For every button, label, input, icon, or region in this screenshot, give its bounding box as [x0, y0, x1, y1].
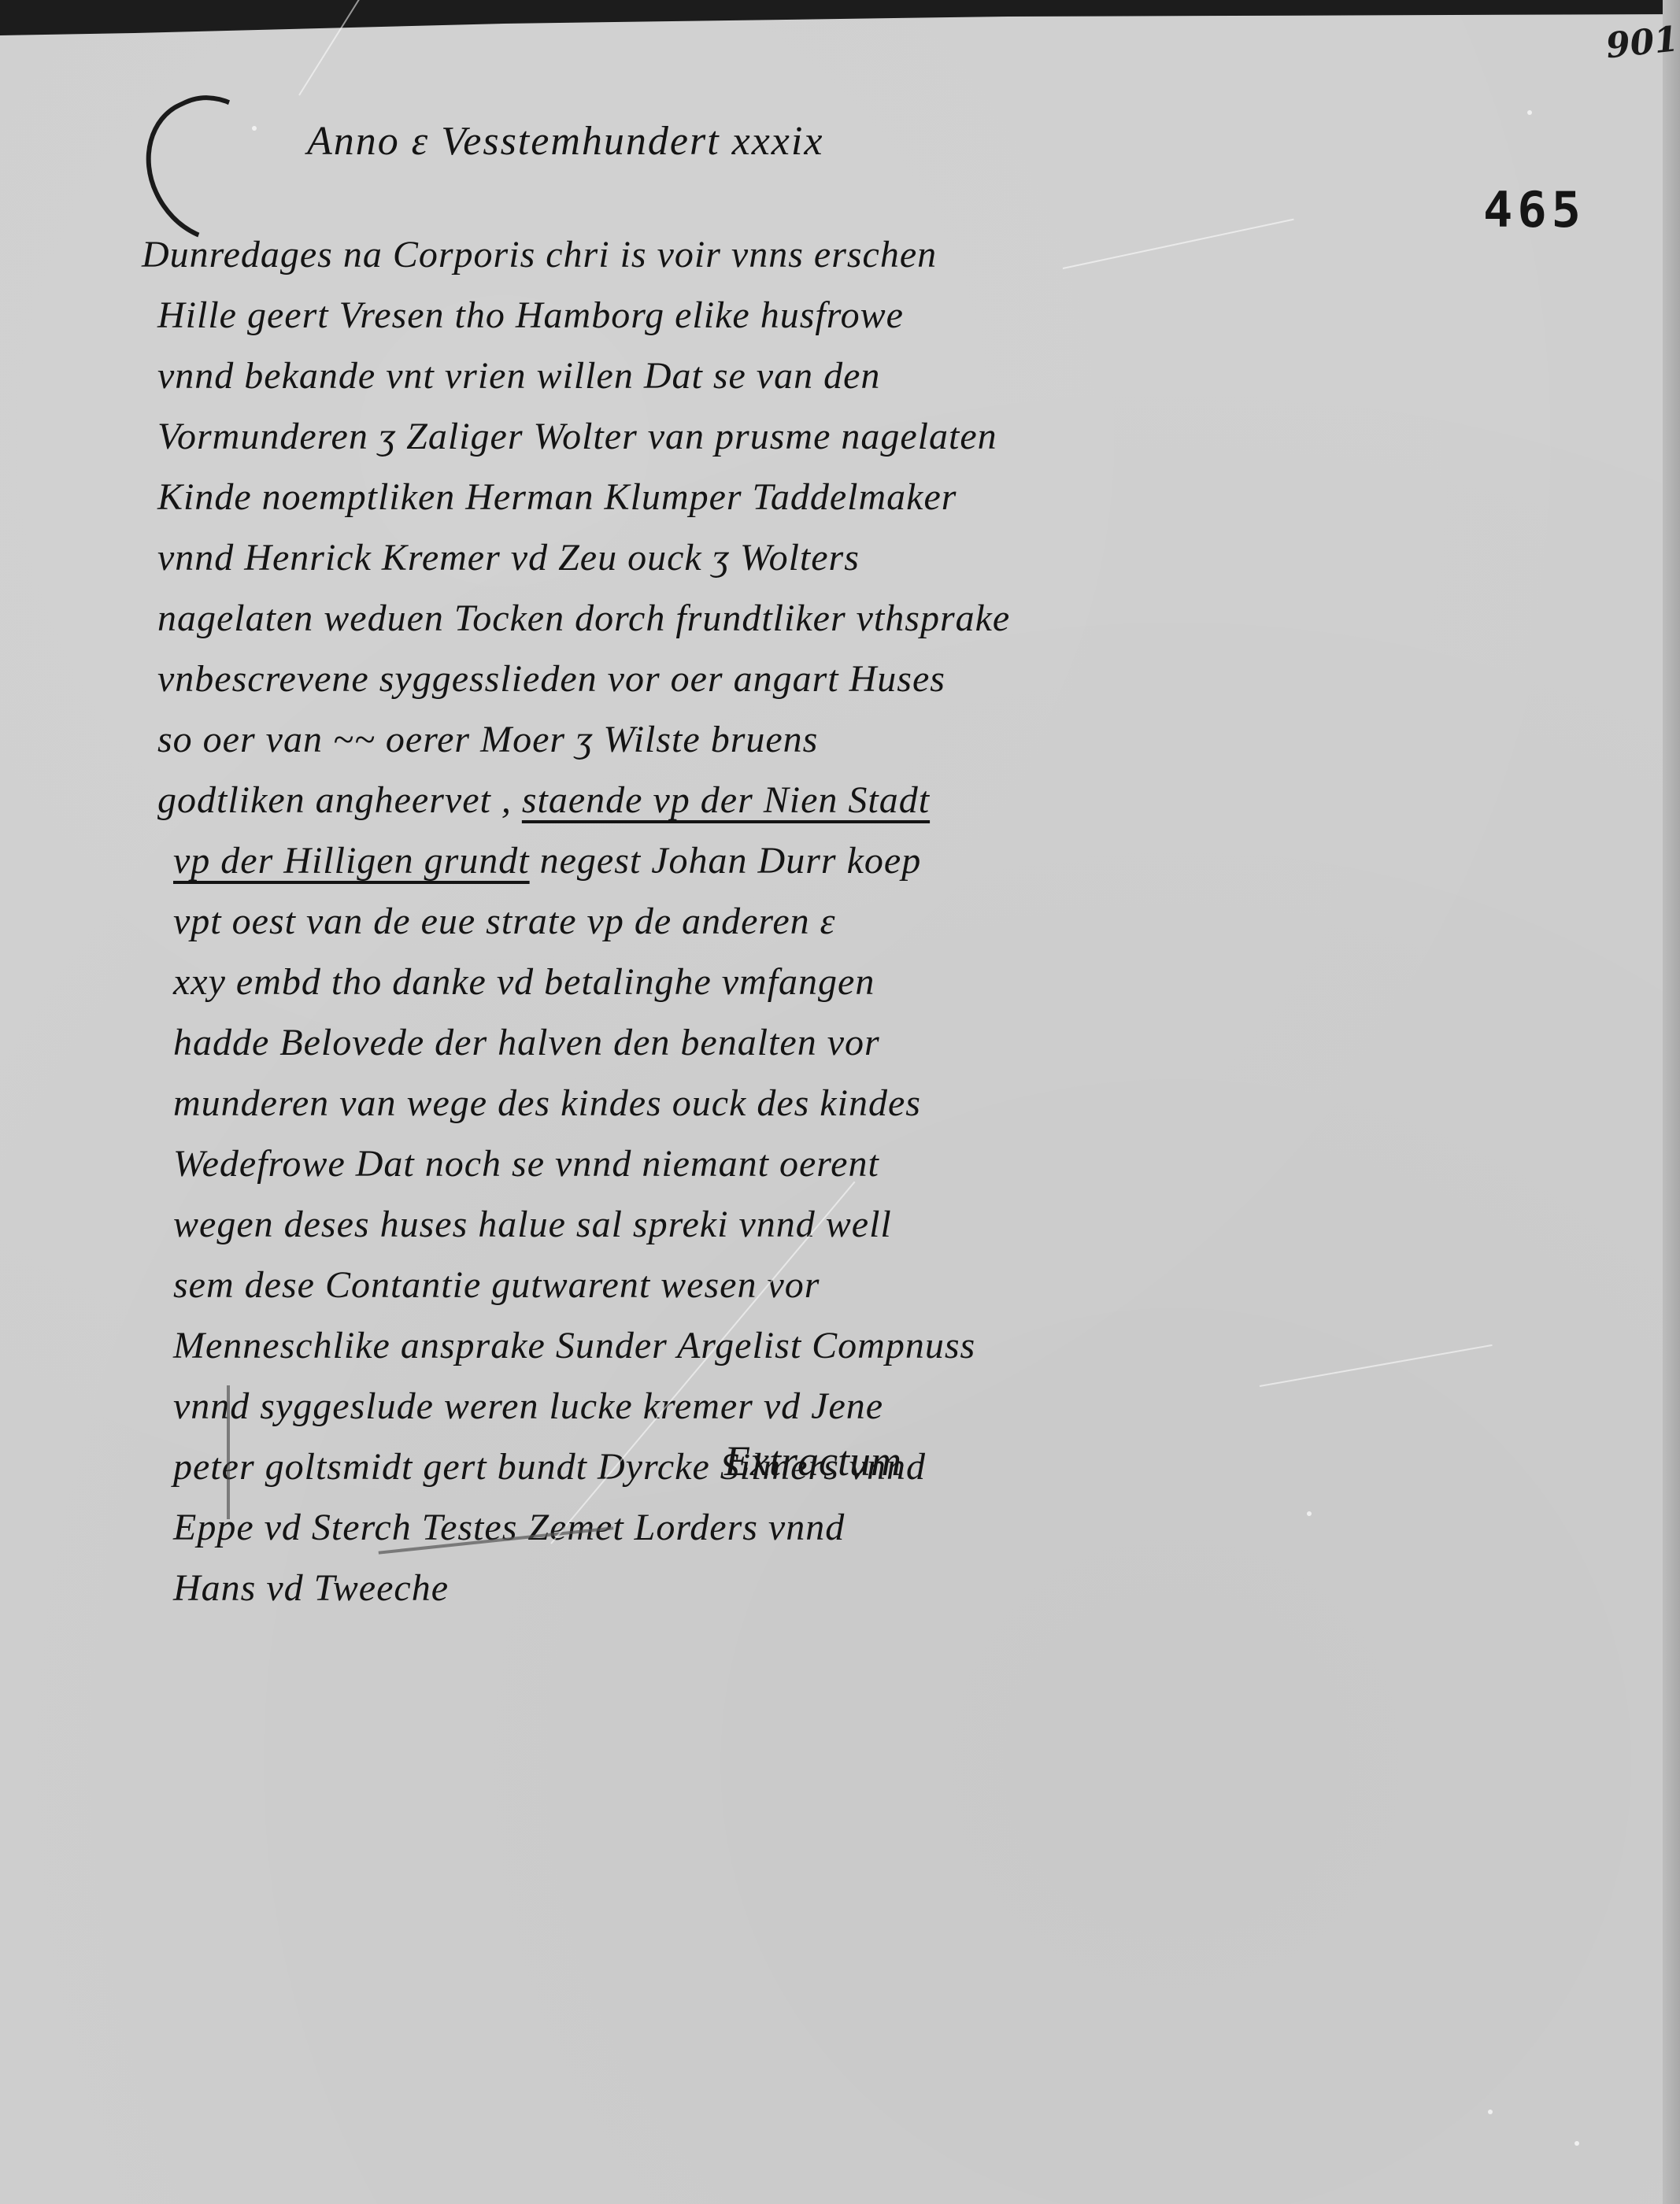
- scan-dark-border: [0, 0, 1680, 47]
- underlined-phrase: vp der Hilligen grundt: [173, 840, 530, 882]
- margin-bracket-stroke: [227, 1385, 230, 1519]
- closing-extractum: Extractum: [724, 1437, 901, 1485]
- film-speck: [1307, 1511, 1312, 1516]
- film-speck: [252, 126, 257, 131]
- text-line: wegen deses huses halue sal spreki vnnd …: [142, 1194, 1559, 1255]
- text-line-underlined: godtliken angheervet , staende vp der Ni…: [142, 770, 1559, 830]
- handwritten-body: Dunredages na Corporis chri is voir vnns…: [142, 224, 1559, 1618]
- text-line: munderen van wege des kindes ouck des ki…: [142, 1073, 1559, 1133]
- text-line: hadde Belovede der halven den benalten v…: [142, 1012, 1559, 1073]
- text-line: so oer van ~~ oerer Moer ʒ Wilste bruens: [142, 709, 1559, 770]
- text-line: Hille geert Vresen tho Hamborg elike hus…: [142, 285, 1559, 346]
- text-line: sem dese Contantie gutwarent wesen vor: [142, 1255, 1559, 1315]
- text-line: vnnd bekande vnt vrien willen Dat se van…: [142, 346, 1559, 406]
- text-line: Kinde noemptliken Herman Klumper Taddelm…: [142, 467, 1559, 527]
- text-line: Vormunderen ʒ Zaliger Wolter van prusme …: [142, 406, 1559, 467]
- text-line: Dunredages na Corporis chri is voir vnns…: [142, 224, 1559, 285]
- film-speck: [1488, 2110, 1493, 2114]
- text-line: vnnd syggeslude weren lucke kremer vd Je…: [142, 1376, 1559, 1437]
- scanned-document-page: 901. 465 Anno ɛ Vesstemhundert xxxix Dun…: [0, 0, 1680, 2204]
- folio-number: 901.: [1604, 18, 1680, 67]
- document-heading: Anno ɛ Vesstemhundert xxxix: [307, 118, 823, 165]
- text-line: Eppe vd Sterch Testes Zemet Lorders vnnd: [142, 1497, 1559, 1558]
- text-line: Menneschlike ansprake Sunder Argelist Co…: [142, 1315, 1559, 1376]
- underlined-phrase: staende vp der Nien Stadt: [522, 779, 930, 821]
- text-line: xxy embd tho danke vd betalinghe vmfange…: [142, 952, 1559, 1012]
- film-speck: [1527, 110, 1532, 115]
- text-line-underlined: vp der Hilligen grundt negest Johan Durr…: [142, 830, 1559, 891]
- closing-text: Extractum: [724, 1437, 901, 1485]
- text-line: Hans vd Tweeche: [142, 1558, 1559, 1618]
- film-speck: [1575, 2141, 1579, 2146]
- text-line: vnnd Henrick Kremer vd Zeu ouck ʒ Wolter…: [142, 527, 1559, 588]
- page-right-edge: [1663, 0, 1680, 2204]
- text-line: vpt oest van de eue strate vp de anderen…: [142, 891, 1559, 952]
- text-line: nagelaten weduen Tocken dorch frundtlike…: [142, 588, 1559, 649]
- text-line: vnbescrevene syggesslieden vor oer angar…: [142, 649, 1559, 709]
